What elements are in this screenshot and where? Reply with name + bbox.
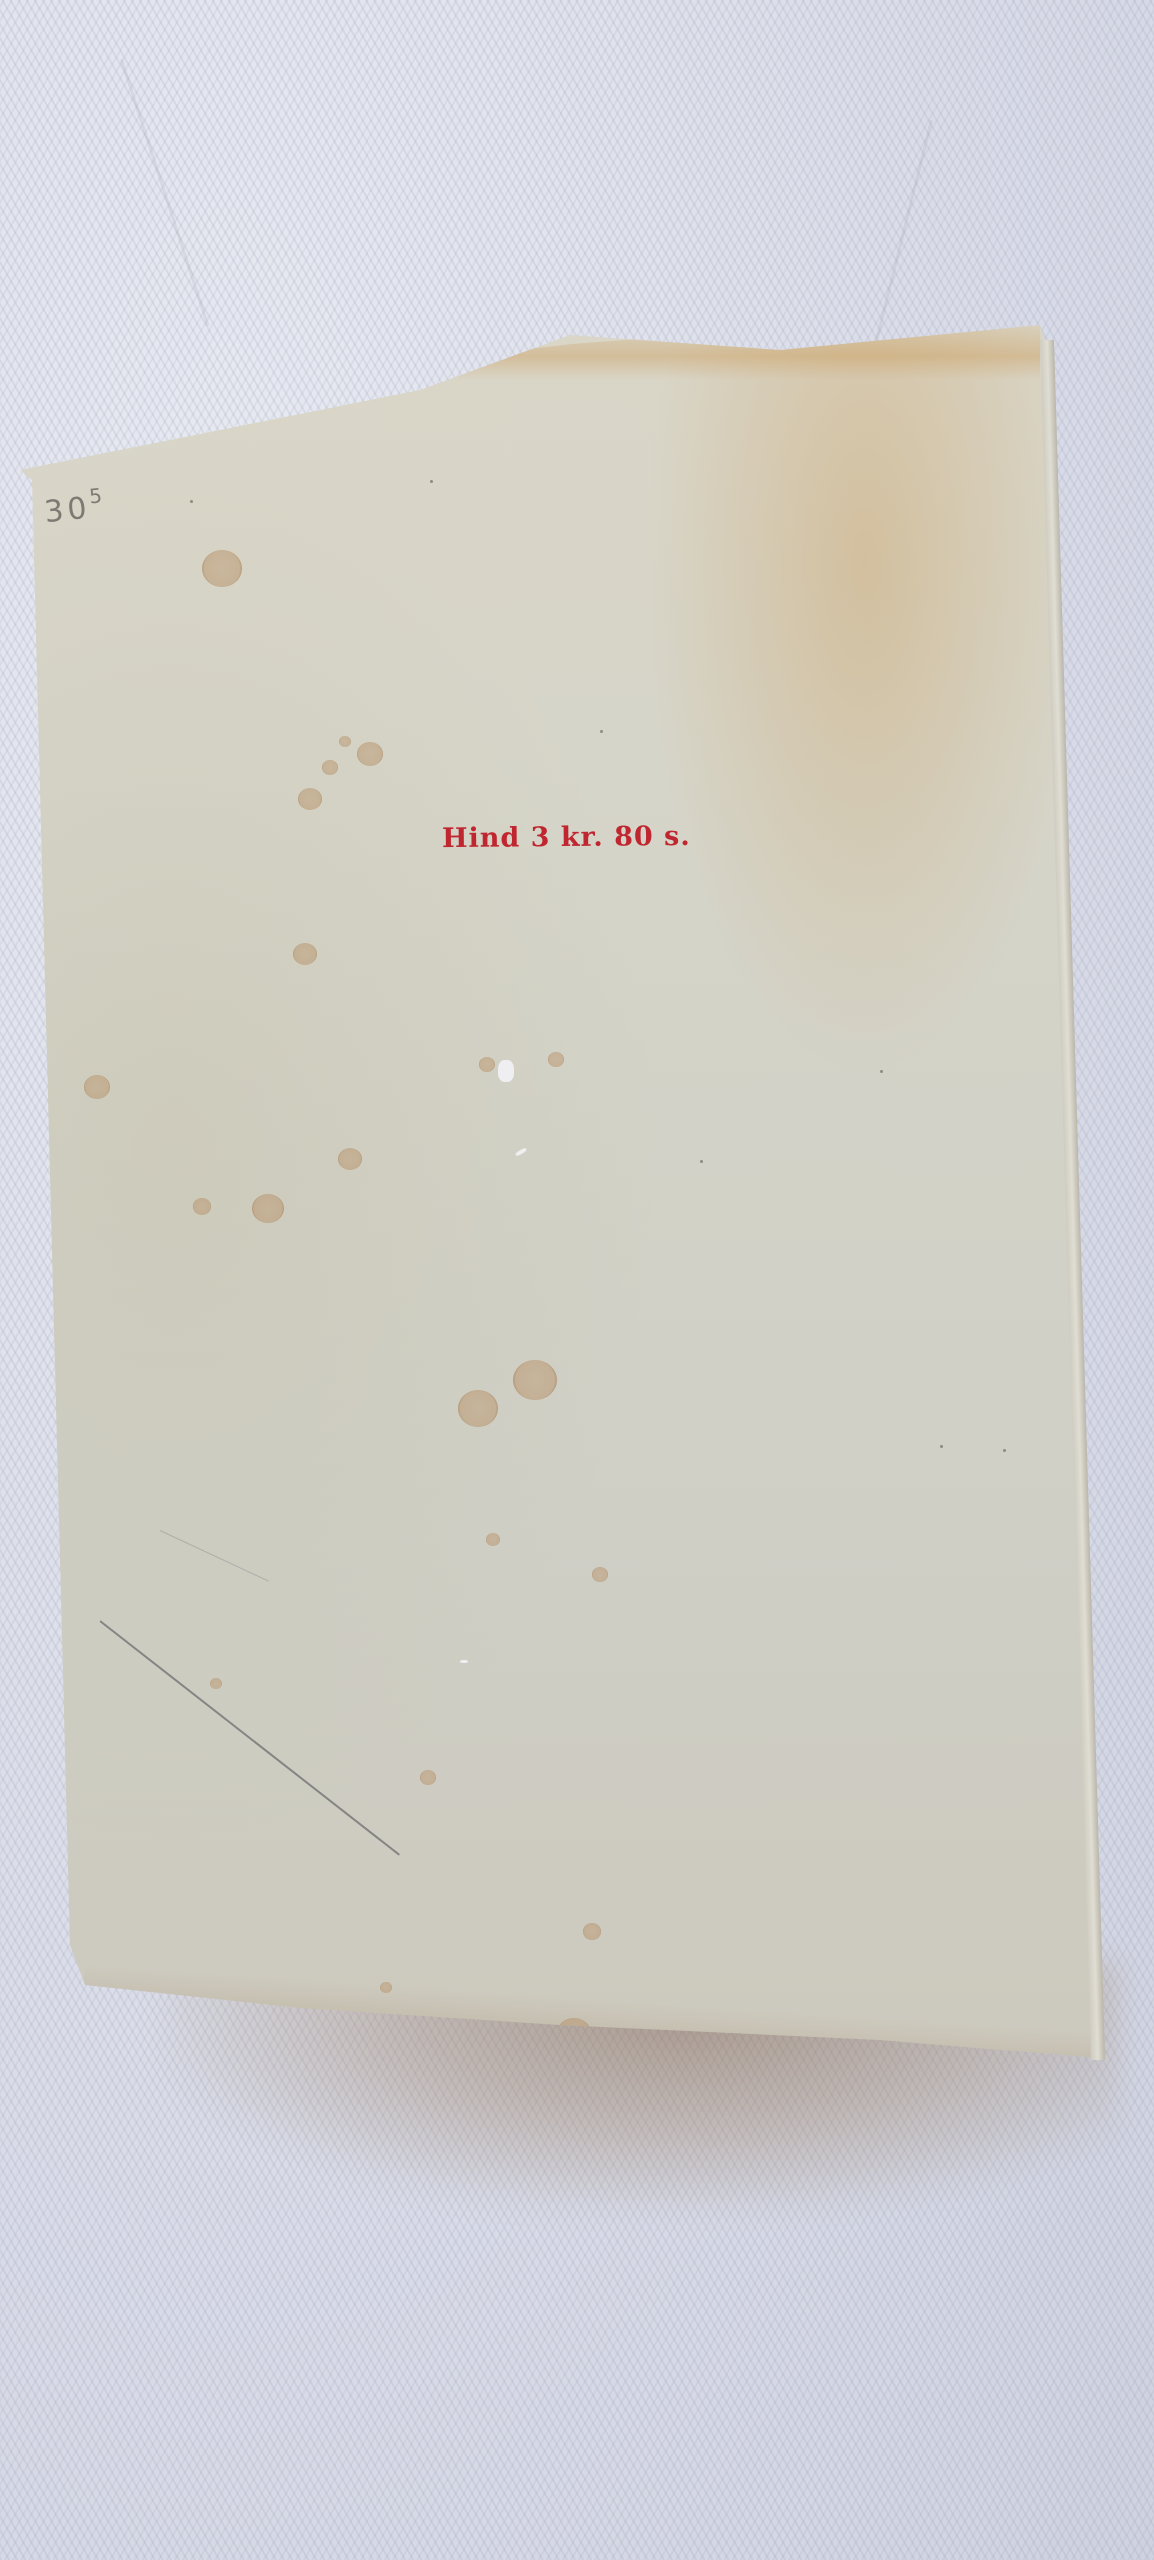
book-back-cover: 305 Hind 3 kr. 80 s. bbox=[0, 0, 1154, 2560]
pencil-scratch-line bbox=[99, 1620, 400, 1856]
water-stain bbox=[557, 2018, 591, 2049]
water-stain bbox=[458, 1390, 498, 1427]
speck bbox=[880, 1070, 883, 1073]
faint-scratch-line bbox=[160, 1530, 269, 1582]
water-stain bbox=[84, 1075, 110, 1099]
speck bbox=[600, 730, 603, 733]
water-stain bbox=[357, 742, 383, 766]
pencil-number-sup: 5 bbox=[88, 483, 107, 509]
pencil-inventory-number: 305 bbox=[42, 483, 109, 530]
water-stain bbox=[293, 943, 317, 965]
water-stain bbox=[193, 1198, 211, 1215]
water-stain bbox=[548, 1052, 564, 1067]
water-stain bbox=[252, 1194, 284, 1223]
water-stain bbox=[479, 1057, 495, 1072]
water-stain bbox=[298, 788, 322, 810]
speck bbox=[940, 1445, 943, 1448]
water-stain bbox=[420, 1770, 436, 1785]
paper-scuff bbox=[498, 1060, 514, 1082]
book: 305 Hind 3 kr. 80 s. bbox=[0, 0, 1154, 2560]
water-stain bbox=[339, 736, 351, 747]
water-stain bbox=[322, 760, 338, 775]
water-stain bbox=[210, 1678, 222, 1689]
water-stain bbox=[380, 1982, 392, 1993]
speck bbox=[430, 480, 433, 483]
paper-scuff bbox=[515, 1147, 527, 1156]
water-stain bbox=[129, 342, 141, 353]
torn-top-edge bbox=[260, 320, 1040, 380]
water-stain bbox=[338, 1148, 362, 1170]
water-stain bbox=[513, 1360, 557, 1400]
water-stain bbox=[486, 1533, 500, 1546]
paper-scuff bbox=[460, 1660, 468, 1663]
water-stain bbox=[583, 1923, 601, 1940]
water-stain bbox=[202, 550, 242, 587]
pencil-number-main: 30 bbox=[43, 491, 93, 531]
water-stain bbox=[592, 1567, 608, 1582]
speck bbox=[1003, 1449, 1006, 1452]
speck bbox=[190, 500, 193, 503]
speck bbox=[700, 1160, 703, 1163]
price-label: Hind 3 kr. 80 s. bbox=[442, 821, 691, 854]
